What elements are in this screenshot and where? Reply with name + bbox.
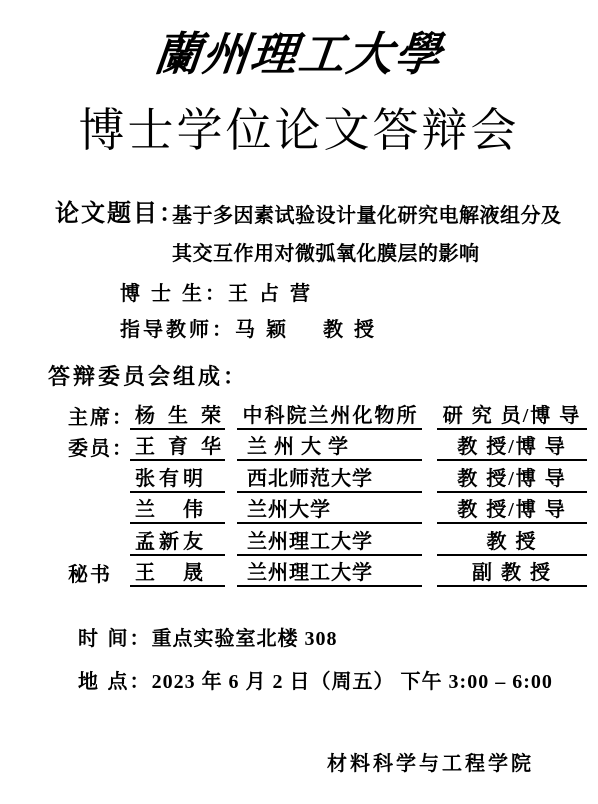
committee-member-name: 孟新友 [130,525,225,556]
committee-member-name: 王 育 华 [130,430,225,461]
thesis-title: 基于多因素试验设计量化研究电解液组分及 其交互作用对微弧氧化膜层的影响 [172,197,562,273]
student-label: 博 士 生： [120,283,228,305]
committee-member-title: 副 教 授 [437,556,587,587]
committee-member-name: 王 晟 [130,556,225,587]
committee-role-label: 主席： [68,401,130,430]
committee-member-affiliation: 兰州理工大学 [237,556,422,587]
committee-row-member: 兰 伟 兰州大学 教 授/博 导 [68,493,587,525]
advisor-title: 教 授 [323,319,377,341]
committee-member-title: 研 究 员/博 导 [437,399,587,430]
advisor-label: 指导教师： [120,319,235,341]
committee-role-label: 委员： [68,432,130,461]
committee-role-label: 秘书 [68,558,130,587]
committee-row-member: 张有明 西北师范大学 教 授/博 导 [68,461,587,493]
place-line: 地 点：2023 年 6 月 2 日（周五） 下午 3:00 – 6:00 [78,665,553,694]
committee-row-member: 委员： 王 育 华 兰 州 大 学 教 授/博 导 [68,430,587,462]
page-title: 博士学位论文答辩会 [0,94,598,160]
defense-announcement-page: 蘭州理工大學 博士学位论文答辩会 论文题目： 基于多因素试验设计量化研究电解液组… [0,0,598,804]
advisor-name: 马 颖 [235,319,289,341]
committee-member-title: 教 授 [437,525,587,556]
committee-member-name: 杨 生 荣 [130,399,225,430]
committee-member-title: 教 授/博 导 [437,430,587,461]
committee-member-affiliation: 兰州理工大学 [237,525,422,556]
university-logo-calligraphy: 蘭州理工大學 [0,18,598,84]
advisor-line: 指导教师：马 颖教 授 [120,313,377,342]
committee-member-name: 张有明 [130,462,225,493]
doctoral-student-line: 博 士 生：王 占 营 [120,277,313,306]
thesis-title-label: 论文题目： [55,193,185,228]
committee-member-title: 教 授/博 导 [437,493,587,524]
committee-row-chair: 主席： 杨 生 荣 中科院兰州化物所 研 究 员/博 导 [68,398,587,430]
committee-row-member: 孟新友 兰州理工大学 教 授 [68,524,587,556]
student-name: 王 占 营 [228,283,313,305]
committee-table: 主席： 杨 生 荣 中科院兰州化物所 研 究 员/博 导 委员： 王 育 华 兰… [68,398,587,587]
thesis-title-line1: 基于多因素试验设计量化研究电解液组分及 [172,197,562,235]
committee-member-name: 兰 伟 [130,493,225,524]
time-label: 时 间： [78,628,152,650]
thesis-title-line2: 其交互作用对微弧氧化膜层的影响 [172,235,562,273]
committee-member-affiliation: 西北师范大学 [237,462,422,493]
committee-heading: 答辩委员会组成： [48,360,248,391]
department-signature: 材料科学与工程学院 [327,747,534,776]
time-line: 时 间：重点实验室北楼 308 [78,622,338,651]
committee-member-affiliation: 兰 州 大 学 [237,430,422,461]
committee-row-secretary: 秘书 王 晟 兰州理工大学 副 教 授 [68,556,587,588]
place-label: 地 点： [78,671,152,693]
place-value: 2023 年 6 月 2 日（周五） 下午 3:00 – 6:00 [152,671,553,693]
committee-member-title: 教 授/博 导 [437,462,587,493]
time-value: 重点实验室北楼 308 [152,628,338,650]
committee-member-affiliation: 中科院兰州化物所 [237,399,422,430]
committee-member-affiliation: 兰州大学 [237,493,422,524]
